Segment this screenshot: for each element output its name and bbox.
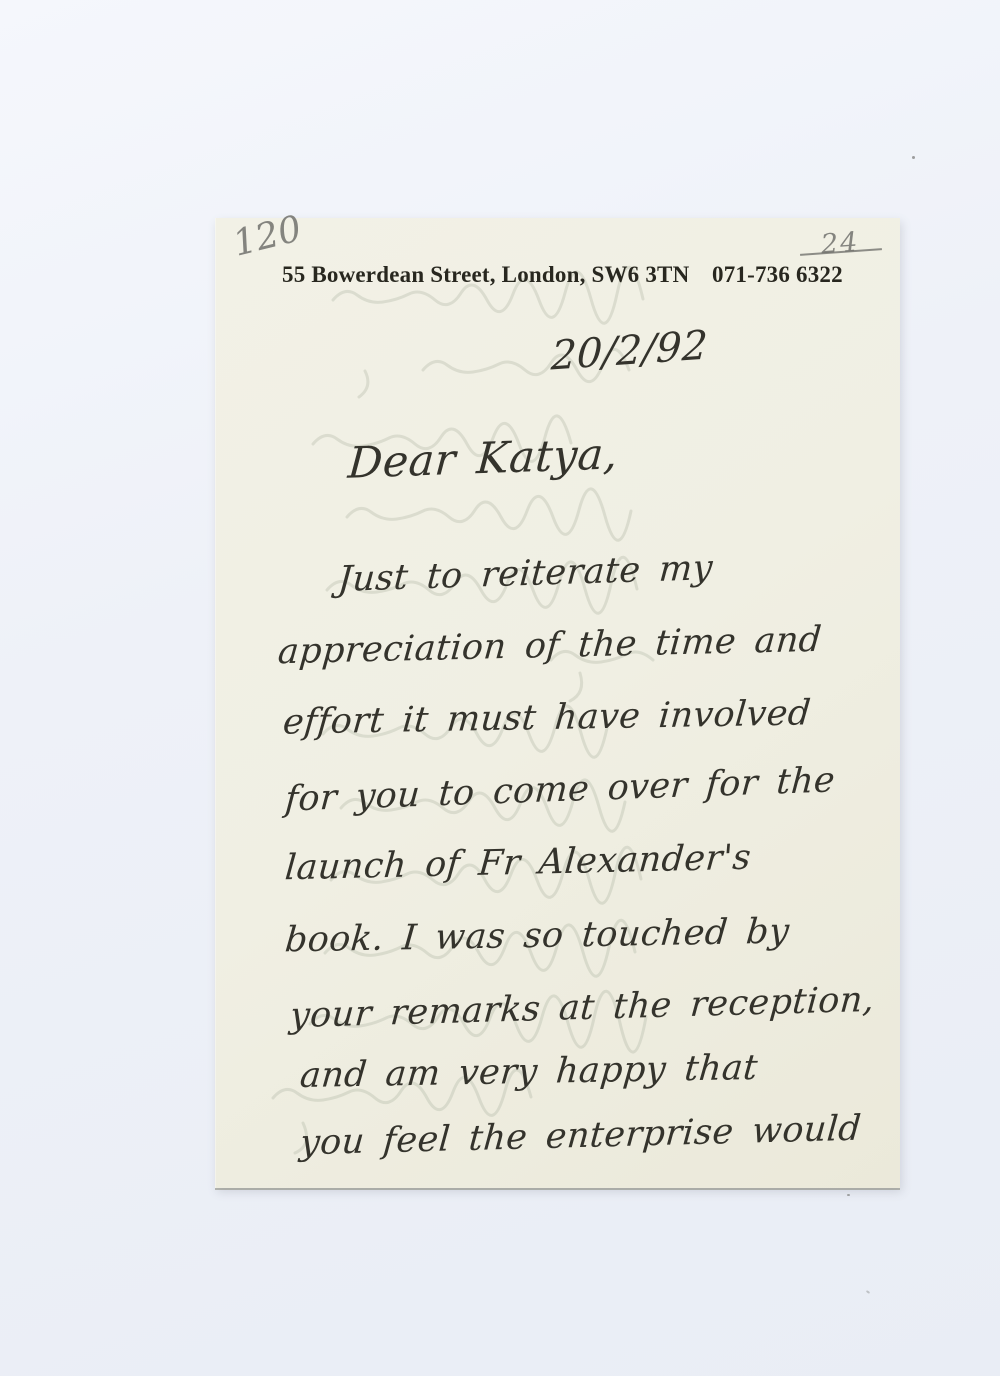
body-line: launch of Fr Alexander's	[283, 838, 752, 889]
body-line: book. I was so touched by	[283, 912, 791, 961]
scan-speck	[866, 1290, 870, 1294]
scan-speck	[847, 1194, 850, 1196]
body-line: and am very happy that	[298, 1048, 759, 1096]
handwritten-date: 20/2/92	[550, 322, 709, 379]
letter-paper: 120 24 55 Bowerdean Street, London, SW6 …	[215, 218, 900, 1188]
body-line: you feel the enterprise would	[299, 1109, 863, 1164]
body-line: appreciation of the time and	[276, 620, 823, 672]
letterhead-phone: 071-736 6322	[712, 262, 843, 288]
body-line: effort it must have involved	[281, 693, 812, 742]
pencil-page-number: 120	[229, 208, 306, 264]
scan-speck	[912, 156, 915, 159]
pencil-crossed-number: 24	[820, 227, 860, 261]
body-line: for you to come over for the	[284, 760, 837, 819]
salutation: Dear Katya,	[346, 429, 619, 489]
letterhead-address: 55 Bowerdean Street, London, SW6 3TN	[282, 262, 689, 288]
body-line: your remarks at the reception,	[289, 980, 876, 1036]
body-line: Just to reiterate my	[337, 548, 715, 600]
